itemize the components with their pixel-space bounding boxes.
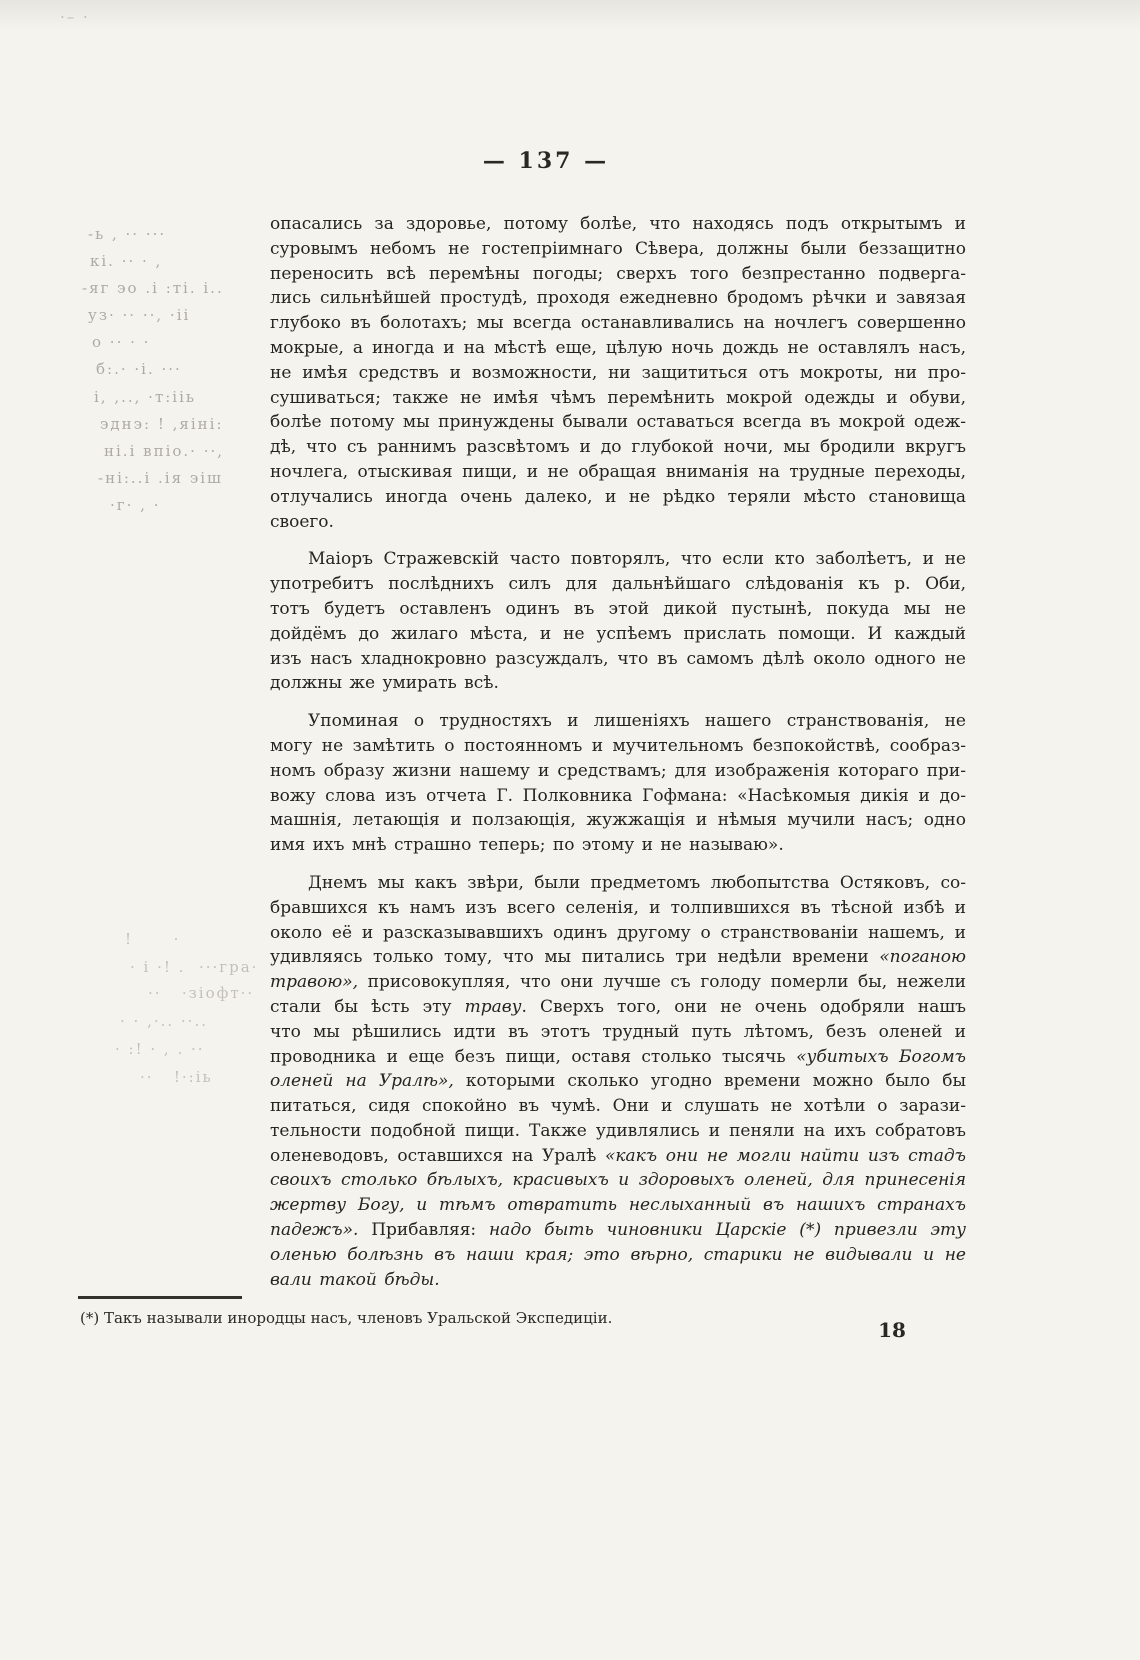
- text-line: должны же умирать всѣ.: [270, 671, 966, 696]
- text-line: болѣе потому мы принуждены бывали остава…: [270, 410, 966, 435]
- scan-artifact-fragment: кі. ·· · ,: [90, 252, 162, 270]
- text-line: не имѣя средствъ и возможности, ни защит…: [270, 361, 966, 386]
- scan-artifact-fragment: -ь , ·· ···: [88, 225, 166, 243]
- text-segment: вожу слова изъ отчета Г. Полковника Гофм…: [270, 786, 966, 806]
- italic-text-segment: «какъ они не могли найти изъ стадъ: [605, 1146, 966, 1166]
- text-line: вожу слова изъ отчета Г. Полковника Гофм…: [270, 784, 966, 809]
- text-segment: глубоко въ болотахъ; мы всегда останавли…: [270, 313, 966, 333]
- text-segment: Прибавляя:: [358, 1220, 489, 1240]
- text-line: дойдёмъ до жилаго мѣста, и не успѣемъ пр…: [270, 622, 966, 647]
- scan-artifact-fragment: о ·· · ·: [92, 333, 150, 351]
- text-line: Маіоръ Стражевскій часто повторялъ, что …: [270, 547, 966, 572]
- text-segment: Маіоръ Стражевскій часто повторялъ, что …: [308, 549, 966, 569]
- text-segment: тотъ будетъ оставленъ одинъ въ этой дико…: [270, 599, 966, 619]
- text-segment: не имѣя средствъ и возможности, ни защит…: [270, 363, 966, 383]
- text-line: проводника и еще безъ пищи, оставя столь…: [270, 1045, 966, 1070]
- text-line: дѣ, что съ раннимъ разсвѣтомъ и до глубо…: [270, 435, 966, 460]
- text-segment: своего.: [270, 512, 334, 532]
- text-segment: дойдёмъ до жилаго мѣста, и не успѣемъ пр…: [270, 624, 966, 644]
- text-line: ночлега, отыскивая пищи, и не обращая вн…: [270, 460, 966, 485]
- text-line: сушиваться; также не имѣя чѣмъ перемѣнит…: [270, 386, 966, 411]
- text-segment: питаться, сидя спокойно въ чумѣ. Они и с…: [270, 1096, 966, 1116]
- italic-text-segment: «поганою: [879, 947, 966, 967]
- italic-text-segment: надо быть чиновники Царскіе (*) привезли…: [489, 1220, 966, 1240]
- text-line: тельности подобной пищи. Также удивлялис…: [270, 1119, 966, 1144]
- text-line: опасались за здоровье, потому болѣе, что…: [270, 212, 966, 237]
- text-line: своего.: [270, 510, 966, 535]
- scan-artifact-fragment: ·· !·:іь: [140, 1068, 213, 1086]
- text-segment: опасались за здоровье, потому болѣе, что…: [270, 214, 966, 234]
- text-segment: мокрые, а иногда и на мѣстѣ еще, цѣлую н…: [270, 338, 966, 358]
- scan-artifact-fragment: эднэ: ! ,яіні:: [100, 415, 224, 433]
- text-segment: удивляясь только тому, что мы питались т…: [270, 947, 879, 967]
- text-line: питаться, сидя спокойно въ чумѣ. Они и с…: [270, 1094, 966, 1119]
- text-line: номъ образу жизни нашему и средствамъ; д…: [270, 759, 966, 784]
- text-segment: что мы рѣшились идти въ этотъ трудный пу…: [270, 1022, 966, 1042]
- text-line: тотъ будетъ оставленъ одинъ въ этой дико…: [270, 597, 966, 622]
- text-line: отлучались иногда очень далеко, и не рѣд…: [270, 485, 966, 510]
- scanned-page: — 137 — ·– · -ь , ·· ···кі. ·· · ,-яг эо…: [0, 0, 1140, 1660]
- scan-artifact-fragment: -яг эо .і :ті. і..: [82, 279, 224, 297]
- paragraph: Днемъ мы какъ звѣри, были предметомъ люб…: [270, 871, 966, 1293]
- text-segment: отлучались иногда очень далеко, и не рѣд…: [270, 487, 966, 507]
- scan-artifact-fragment: · :! · , . ··: [115, 1040, 205, 1058]
- paragraph: Маіоръ Стражевскій часто повторялъ, что …: [270, 547, 966, 696]
- text-segment: болѣе потому мы принуждены бывали остава…: [270, 412, 966, 432]
- italic-text-segment: «убитыхъ Богомъ: [796, 1047, 966, 1067]
- footnote-text: (*) Такъ называли инородцы насъ, членовъ…: [80, 1308, 700, 1328]
- text-line: имя ихъ мнѣ страшно теперь; по этому и н…: [270, 833, 966, 858]
- text-segment: номъ образу жизни нашему и средствамъ; д…: [270, 761, 966, 781]
- scan-artifact-fragment: ·г· , ·: [110, 496, 160, 514]
- text-segment: должны же умирать всѣ.: [270, 673, 499, 693]
- text-segment: переносить всѣ перемѣны погоды; сверхъ т…: [270, 264, 966, 284]
- text-line: своихъ столько бѣлыхъ, красивыхъ и здоро…: [270, 1168, 966, 1193]
- scan-artifact-fragment: ·· ·зіофт··: [148, 984, 254, 1002]
- italic-text-segment: жертву Богу, и тѣмъ отвратить неслыханны…: [270, 1195, 966, 1215]
- signature-number: 18: [862, 1318, 922, 1342]
- italic-text-segment: травою»,: [270, 972, 358, 992]
- text-segment: суровымъ небомъ не гостепріимнаго Сѣвера…: [270, 239, 966, 259]
- text-line: стали бы ѣсть эту траву. Сверхъ того, он…: [270, 995, 966, 1020]
- text-line: оленью болѣзнь въ наши края; это вѣрно, …: [270, 1243, 966, 1268]
- footnote-divider: [78, 1296, 242, 1299]
- text-segment: присовокупляя, что они лучше съ голоду п…: [358, 972, 966, 992]
- text-line: оленей на Уралѣ», которыми сколько угодн…: [270, 1069, 966, 1094]
- text-segment: могу не замѣтить о постоянномъ и мучител…: [270, 736, 966, 756]
- text-line: удивляясь только тому, что мы питались т…: [270, 945, 966, 970]
- scan-artifact-fragment: ! ·: [125, 930, 180, 948]
- text-segment: сушиваться; также не имѣя чѣмъ перемѣнит…: [270, 388, 966, 408]
- text-segment: бравшихся къ намъ изъ всего селенія, и т…: [270, 898, 966, 918]
- text-line: Днемъ мы какъ звѣри, были предметомъ люб…: [270, 871, 966, 896]
- scan-artifact-fragment: -ні:..і .ія эіш: [98, 469, 223, 487]
- text-segment: изъ насъ хладнокровно разсуждалъ, что въ…: [270, 649, 966, 669]
- text-segment: машнія, летающія и ползающія, жужжащія и…: [270, 810, 966, 830]
- scan-artifact-fragment: б:.· ·і. ···: [96, 360, 182, 378]
- text-line: около её и разсказывавшихъ одинъ другому…: [270, 921, 966, 946]
- page-number-header: — 137 —: [200, 148, 892, 174]
- text-segment: стали бы ѣсть эту: [270, 997, 465, 1017]
- scan-artifact-fragment: уз· ·· ··, ·іі: [88, 306, 190, 324]
- text-segment: Днемъ мы какъ звѣри, были предметомъ люб…: [308, 873, 966, 893]
- text-line: вали такой бѣды.: [270, 1268, 966, 1293]
- italic-text-segment: траву: [465, 997, 522, 1017]
- text-line: переносить всѣ перемѣны погоды; сверхъ т…: [270, 262, 966, 287]
- paragraph: опасались за здоровье, потому болѣе, что…: [270, 212, 966, 534]
- text-segment: которыми сколько угодно времени можно бы…: [454, 1071, 966, 1091]
- text-segment: имя ихъ мнѣ страшно теперь; по этому и н…: [270, 835, 784, 855]
- scan-artifact-fragment: · · ,·.. ··..: [120, 1012, 208, 1030]
- scan-artifact-fragment: ні.і впіо.· ··,: [104, 442, 224, 460]
- italic-text-segment: вали такой бѣды.: [270, 1270, 440, 1290]
- text-line: глубоко въ болотахъ; мы всегда останавли…: [270, 311, 966, 336]
- text-line: бравшихся къ намъ изъ всего селенія, и т…: [270, 896, 966, 921]
- text-line: жертву Богу, и тѣмъ отвратить неслыханны…: [270, 1193, 966, 1218]
- text-segment: около её и разсказывавшихъ одинъ другому…: [270, 923, 966, 943]
- text-line: лись сильнѣйшей простудѣ, проходя ежедне…: [270, 286, 966, 311]
- text-segment: проводника и еще безъ пищи, оставя столь…: [270, 1047, 796, 1067]
- text-line: изъ насъ хладнокровно разсуждалъ, что въ…: [270, 647, 966, 672]
- text-line: машнія, летающія и ползающія, жужжащія и…: [270, 808, 966, 833]
- text-line: падежъ». Прибавляя: надо быть чиновники …: [270, 1218, 966, 1243]
- italic-text-segment: оленью болѣзнь въ наши края; это вѣрно, …: [270, 1245, 966, 1268]
- text-line: употребитъ послѣднихъ силъ для дальнѣйша…: [270, 572, 966, 597]
- text-segment: лись сильнѣйшей простудѣ, проходя ежедне…: [270, 288, 966, 308]
- text-segment: тельности подобной пищи. Также удивлялис…: [270, 1121, 966, 1141]
- scan-artifact-fragment: і, ,.., ·т:ііь: [94, 388, 196, 406]
- scan-artifact-fragment: · і ·! . ···гра·: [130, 958, 258, 976]
- text-line: оленеводовъ, оставшихся на Уралѣ «какъ о…: [270, 1144, 966, 1169]
- paragraph: Упоминая о трудностяхъ и лишеніяхъ нашег…: [270, 709, 966, 858]
- text-line: мокрые, а иногда и на мѣстѣ еще, цѣлую н…: [270, 336, 966, 361]
- text-line: могу не замѣтить о постоянномъ и мучител…: [270, 734, 966, 759]
- text-line: суровымъ небомъ не гостепріимнаго Сѣвера…: [270, 237, 966, 262]
- text-line: травою», присовокупляя, что они лучше съ…: [270, 970, 966, 995]
- italic-text-segment: оленей на Уралѣ»,: [270, 1071, 454, 1091]
- text-segment: Упоминая о трудностяхъ и лишеніяхъ нашег…: [308, 711, 966, 731]
- text-line: Упоминая о трудностяхъ и лишеніяхъ нашег…: [270, 709, 966, 734]
- text-segment: употребитъ послѣднихъ силъ для дальнѣйша…: [270, 574, 966, 594]
- italic-text-segment: своихъ столько бѣлыхъ, красивыхъ и здоро…: [270, 1170, 966, 1193]
- scan-artifact-corner: ·– ·: [60, 8, 90, 26]
- text-segment: ночлега, отыскивая пищи, и не обращая вн…: [270, 462, 966, 482]
- italic-text-segment: падежъ».: [270, 1220, 358, 1240]
- text-block: опасались за здоровье, потому болѣе, что…: [270, 212, 966, 1292]
- text-segment: оленеводовъ, оставшихся на Уралѣ: [270, 1146, 605, 1166]
- text-line: что мы рѣшились идти въ этотъ трудный пу…: [270, 1020, 966, 1045]
- text-segment: дѣ, что съ раннимъ разсвѣтомъ и до глубо…: [270, 437, 966, 457]
